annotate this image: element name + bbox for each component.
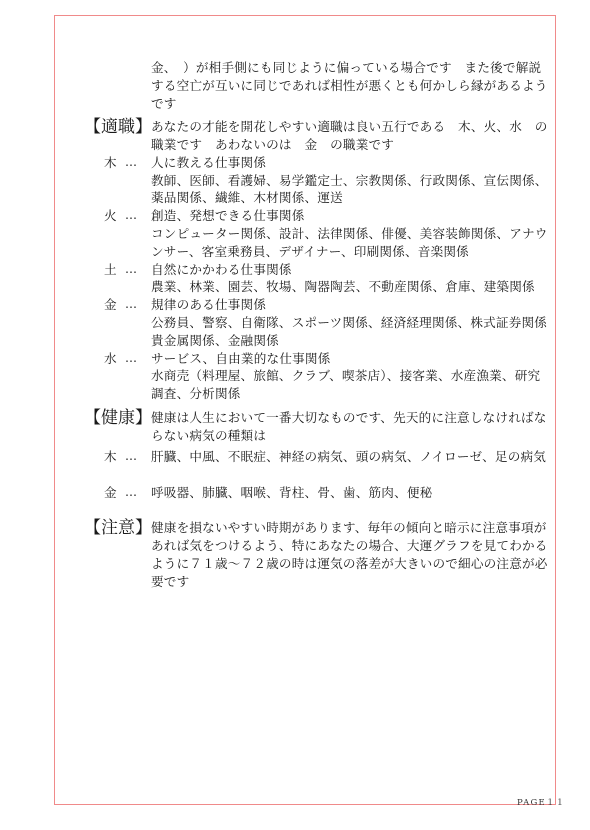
section-text: ように７１歳～７２歳の時は運気の落差が大きいので細心の注意が必	[151, 555, 548, 573]
element-label-wood: 木	[104, 448, 117, 466]
element-label-earth: 土	[104, 261, 117, 279]
ellipsis-marker: …	[125, 296, 137, 314]
ellipsis-marker: …	[125, 207, 137, 225]
element-label-water: 水	[104, 350, 117, 368]
section-text: らない病気の種類は	[151, 427, 266, 445]
intro-line: する空亡が互いに同じであれば相性が悪くとも何かしら縁があるよう	[151, 77, 548, 95]
item-line: 創造、発想できる仕事関係	[151, 207, 305, 225]
item-line: 調査、分析関係	[151, 385, 241, 403]
item-line: 規律のある仕事関係	[151, 296, 266, 314]
item-line: 呼吸器、肺臓、咽喉、背柱、骨、歯、筋肉、便秘	[151, 484, 432, 502]
item-line: コンピューター関係、設計、法律関係、俳優、美容装飾関係、アナウ	[151, 225, 548, 243]
ellipsis-marker: …	[125, 484, 137, 502]
item-line: 公務員、警察、自衛隊、スポーツ関係、経済経理関係、株式証券関係	[151, 314, 547, 332]
item-line: 農業、林業、園芸、牧場、陶器陶芸、不動産関係、倉庫、建築関係	[151, 278, 535, 296]
item-line: 人に教える仕事関係	[151, 154, 266, 172]
item-line: サービス、自由業的な仕事関係	[151, 350, 331, 368]
element-label-metal: 金	[104, 296, 117, 314]
item-line: 貴金属関係、金融関係	[151, 332, 279, 350]
item-line: 薬品関係、繊維、木材関係、運送	[151, 189, 343, 207]
element-label-metal: 金	[104, 484, 117, 502]
section-text: あれば気をつけるよう、特にあなたの場合、大運グラフを見てわかる	[151, 537, 548, 555]
element-label-wood: 木	[104, 154, 117, 172]
item-line: 教師、医師、看護婦、易学鑑定士、宗教関係、行政関係、宣伝関係、	[151, 172, 548, 190]
item-line: 自然にかかわる仕事関係	[151, 261, 292, 279]
intro-line: 金、 ）が相手側にも同じように偏っている場合です また後で解説	[151, 59, 541, 77]
section-heading-aptitude: 【適職】	[84, 117, 152, 137]
item-line: 水商売（料理屋、旅館、クラブ、喫茶店）、接客業、水産漁業、研究	[151, 367, 540, 385]
section-text: 健康は人生において一番大切なものです、先天的に注意しなければな	[151, 409, 547, 427]
ellipsis-marker: …	[125, 448, 137, 466]
section-text: あなたの才能を開花しやすい適職は良い五行である 木、火、水 の	[151, 118, 548, 136]
page-number: PAGE１１	[517, 796, 565, 808]
section-heading-caution: 【注意】	[84, 518, 152, 538]
section-text: 職業です あわないのは 金 の職業です	[151, 136, 394, 154]
ellipsis-marker: …	[125, 350, 137, 368]
section-text: 要です	[151, 573, 189, 591]
ellipsis-marker: …	[125, 261, 137, 279]
section-heading-health: 【健康】	[84, 408, 152, 428]
item-line: 肝臓、中風、不眠症、神経の病気、頭の病気、ノイローゼ、足の病気	[151, 448, 546, 466]
item-line: ンサー、客室乗務員、デザイナー、印刷関係、音楽関係	[151, 243, 469, 261]
ellipsis-marker: …	[125, 154, 137, 172]
element-label-fire: 火	[104, 207, 117, 225]
section-text: 健康を損ないやすい時期があります、毎年の傾向と暗示に注意事項が	[151, 519, 547, 537]
intro-line: です	[151, 95, 177, 113]
